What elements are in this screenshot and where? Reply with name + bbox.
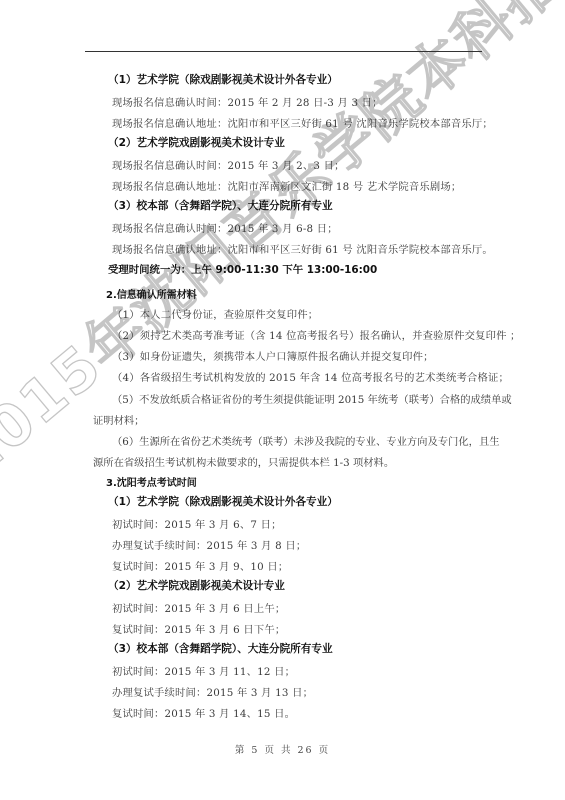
confirmation-group-1-heading: （1）艺术学院（除戏剧影视美术设计外各专业） <box>108 72 338 87</box>
exam-group-3-line-1: 初试时间：2015 年 3 月 11、12 日； <box>112 663 295 678</box>
exam-group-3-line-2: 办理复试手续时间：2015 年 3 月 13 日； <box>112 684 313 699</box>
materials-item-1: （1）本人二代身份证，查验原件交复印件； <box>112 306 318 321</box>
exam-times-title: 3.沈阳考点考试时间 <box>106 474 197 489</box>
page-number: 第 5 页 共 26 页 <box>0 742 565 756</box>
confirmation-group-3-time: 现场报名信息确认时间：2015 年 3 月 6-8 日； <box>112 220 338 235</box>
exam-group-1-line-2: 办理复试手续时间：2015 年 3 月 8 日； <box>112 537 306 552</box>
confirmation-group-3-address: 现场报名信息确认地址：沈阳市和平区三好街 61 号 沈阳音乐学院校本部音乐厅。 <box>112 241 493 256</box>
materials-item-2: （2）须持艺术类高考准考证（含 14 位高考报名号）报名确认，并查验原件交复印件… <box>112 327 521 342</box>
exam-group-2-line-2: 复试时间：2015 年 3 月 6 日下午； <box>112 621 285 636</box>
exam-group-3-heading: （3）校本部（含舞蹈学院）、大连分院所有专业 <box>108 641 333 656</box>
confirmation-group-2-heading: （2）艺术学院戏剧影视美术设计专业 <box>108 135 285 150</box>
materials-item-4: （4）各省级招生考试机构发放的 2015 年含 14 位高考报名号的艺术类统考合… <box>112 369 509 384</box>
exam-group-1-heading: （1）艺术学院（除戏剧影视美术设计外各专业） <box>108 494 338 509</box>
confirmation-group-2-address: 现场报名信息确认地址：沈阳市浑南新区文汇街 18 号 艺术学院音乐剧场； <box>112 178 461 193</box>
exam-group-2-line-1: 初试时间：2015 年 3 月 6 日上午； <box>112 600 285 615</box>
header-rule <box>85 51 482 52</box>
materials-item-6-line-2: 源所在省级招生考试机构未做要求的，只需提供本栏 1-3 项材料。 <box>93 454 394 469</box>
materials-item-5-line-2: 证明材料； <box>93 412 144 427</box>
materials-title: 2.信息确认所需材料 <box>106 286 197 301</box>
exam-group-3-line-3: 复试时间：2015 年 3 月 14、15 日。 <box>112 705 295 720</box>
exam-group-2-heading: （2）艺术学院戏剧影视美术设计专业 <box>108 578 285 593</box>
exam-group-1-line-3: 复试时间：2015 年 3 月 9、10 日； <box>112 558 288 573</box>
materials-item-6-line-1: （6）生源所在省份艺术类统考（联考）未涉及我院的专业、专业方向及专门化，且生 <box>112 433 500 448</box>
confirmation-group-2-time: 现场报名信息确认时间：2015 年 3 月 2、3 日； <box>112 157 345 172</box>
confirmation-group-3-heading: （3）校本部（含舞蹈学院）、大连分院所有专业 <box>108 198 333 213</box>
materials-item-5-line-1: （5）不发放纸质合格证省份的考生须提供能证明 2015 年统考（联考）合格的成绩… <box>112 391 512 406</box>
confirmation-group-1-address: 现场报名信息确认地址：沈阳市和平区三好街 61 号 沈阳音乐学院校本部音乐厅； <box>112 115 493 130</box>
office-hours: 受理时间统一为：上午 9:00-11:30 下午 13:00-16:00 <box>108 261 377 276</box>
materials-item-3: （3）如身份证遗失，须携带本人户口簿原件报名确认并提交复印件； <box>112 348 434 363</box>
confirmation-group-1-time: 现场报名信息确认时间：2015 年 2 月 28 日-3 月 3 日； <box>112 94 383 109</box>
exam-group-1-line-1: 初试时间：2015 年 3 月 6、7 日； <box>112 516 282 531</box>
